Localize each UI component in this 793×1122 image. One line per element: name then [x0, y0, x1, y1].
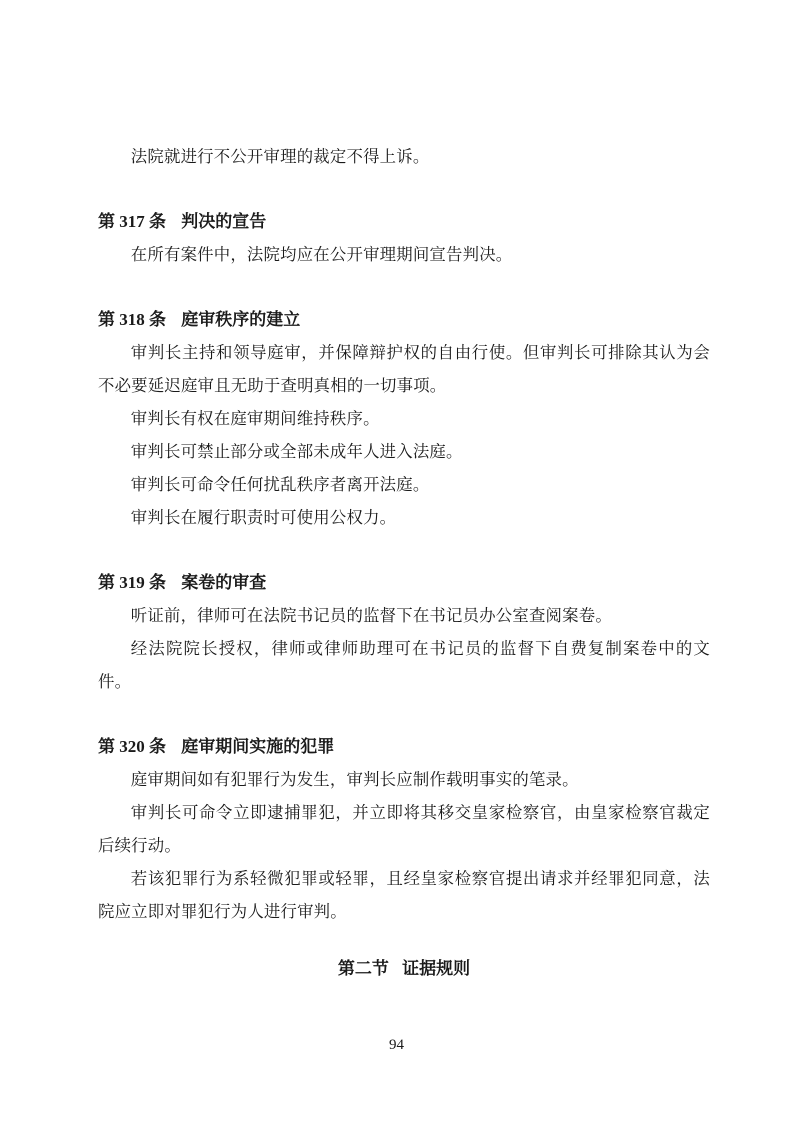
article-318: 第 318 条 庭审秩序的建立 审判长主持和领导庭审，并保障辩护权的自由行使。但…	[98, 303, 710, 534]
article-title: 庭审期间实施的犯罪	[181, 737, 334, 756]
paragraph: 审判长在履行职责时可使用公权力。	[98, 501, 710, 534]
paragraph: 若该犯罪行为系轻微犯罪或轻罪，且经皇家检察官提出请求并经罪犯同意，法院应立即对罪…	[98, 862, 710, 928]
article-number: 第 320 条	[98, 737, 166, 756]
article-title: 判决的宣告	[181, 212, 266, 231]
paragraph: 审判长主持和领导庭审，并保障辩护权的自由行使。但审判长可排除其认为会不必要延迟庭…	[98, 336, 710, 402]
paragraph: 经法院院长授权，律师或律师助理可在书记员的监督下自费复制案卷中的文件。	[98, 632, 710, 698]
paragraph: 审判长可命令任何扰乱秩序者离开法庭。	[98, 468, 710, 501]
article-heading: 第 318 条 庭审秩序的建立	[98, 303, 710, 336]
article-number: 第 318 条	[98, 310, 166, 329]
paragraph: 审判长有权在庭审期间维持秩序。	[98, 402, 710, 435]
page-number: 94	[389, 1037, 404, 1053]
paragraph: 在所有案件中，法院均应在公开审理期间宣告判决。	[98, 238, 710, 271]
article-319: 第 319 条 案卷的审查 听证前，律师可在法院书记员的监督下在书记员办公室查阅…	[98, 566, 710, 698]
document-page: 法院就进行不公开审理的裁定不得上诉。 第 317 条 判决的宣告 在所有案件中，…	[0, 0, 793, 1122]
article-title: 案卷的审查	[181, 573, 266, 592]
paragraph: 庭审期间如有犯罪行为发生，审判长应制作载明事实的笔录。	[98, 763, 710, 796]
article-heading: 第 317 条 判决的宣告	[98, 205, 710, 238]
article-heading: 第 320 条 庭审期间实施的犯罪	[98, 730, 710, 763]
paragraph: 听证前，律师可在法院书记员的监督下在书记员办公室查阅案卷。	[98, 599, 710, 632]
page-footer: 94	[0, 1034, 793, 1056]
article-heading: 第 319 条 案卷的审查	[98, 566, 710, 599]
article-320: 第 320 条 庭审期间实施的犯罪 庭审期间如有犯罪行为发生，审判长应制作载明事…	[98, 730, 710, 928]
article-number: 第 317 条	[98, 212, 166, 231]
article-number: 第 319 条	[98, 573, 166, 592]
paragraph: 审判长可命令立即逮捕罪犯，并立即将其移交皇家检察官，由皇家检察官裁定后续行动。	[98, 796, 710, 862]
paragraph: 审判长可禁止部分或全部未成年人进入法庭。	[98, 435, 710, 468]
intro-paragraph: 法院就进行不公开审理的裁定不得上诉。	[98, 140, 710, 173]
section-heading: 第二节 证据规则	[98, 952, 710, 985]
section-title: 证据规则	[402, 959, 470, 978]
article-317: 第 317 条 判决的宣告 在所有案件中，法院均应在公开审理期间宣告判决。	[98, 205, 710, 271]
article-title: 庭审秩序的建立	[181, 310, 300, 329]
page-content: 法院就进行不公开审理的裁定不得上诉。 第 317 条 判决的宣告 在所有案件中，…	[98, 140, 710, 985]
section-number: 第二节	[338, 959, 389, 978]
